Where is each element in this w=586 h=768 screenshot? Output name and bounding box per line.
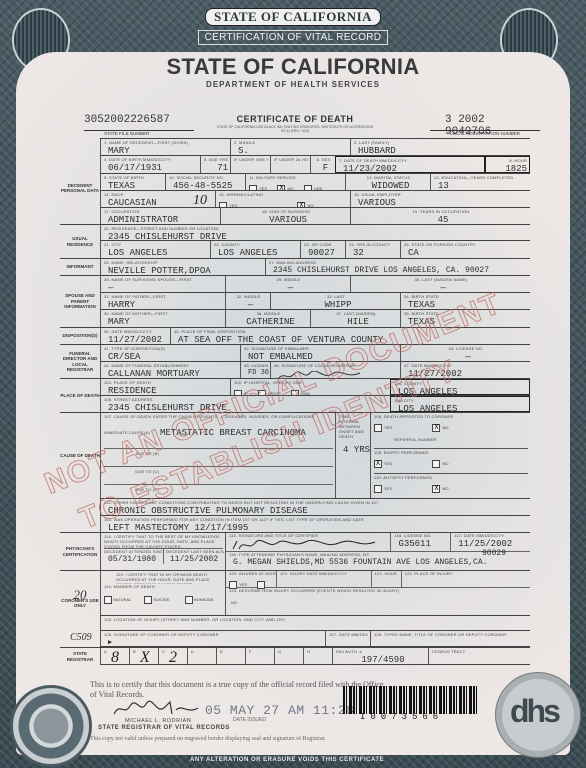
section-usual-residence: USUAL RESIDENCE (60, 224, 100, 258)
autopsy-no-checkbox[interactable]: X (432, 485, 440, 493)
under-24-hours-field: IF UNDER 24 HOURS (270, 156, 310, 173)
injury-date-field: 121. INJURY DATE MM/DD/CCYY (276, 571, 371, 587)
row-city: 21. CITYLOS ANGELES 22. COUNTYLOS ANGELE… (100, 240, 530, 258)
registrar-signature-icon (112, 700, 202, 718)
registrar-cell-g: G (274, 648, 303, 664)
father-last-field: 33. LASTWHIPP (270, 293, 400, 309)
row-cause: 107. CAUSE OF DEATH Enter the chain of e… (100, 412, 530, 498)
suicide-checkbox[interactable] (144, 596, 152, 604)
injured-at-work-field: 120. INJURED AT WORK YES NO (226, 571, 276, 587)
marital-status-field: 12. MARITAL STATUSWIDOWED (345, 174, 430, 190)
age-field: 5. AGE YRS.71 (200, 156, 230, 173)
spouse-last-field: 30. LAST (MAIDEN NAME)— (350, 276, 530, 292)
top-banner: STATE OF CALIFORNIA CERTIFICATION OF VIT… (190, 8, 396, 45)
physician-certify-field: 114. I CERTIFY THAT TO THE BEST OF MY KN… (100, 533, 225, 570)
first-name-field: 1. NAME OF DECEDENT—FIRST (GIVEN)MARY (100, 139, 230, 155)
state-file-number: 3052002226587 (84, 114, 170, 126)
state-file-number-label: STATE FILE NUMBER (84, 130, 194, 136)
registrar-title: STATE REGISTRAR OF VITAL RECORDS (98, 725, 230, 731)
disposition-place-field: 40. PLACE OF FINAL DISPOSITIONAT SEA OFF… (170, 328, 530, 344)
physician-name-field: 118. TYPE ATTENDING PHYSICIAN'S NAME, MA… (226, 552, 530, 567)
hospital-type-field: 102. IF HOSPITAL, SPECIFY ONE IP ER/OP D… (230, 379, 390, 395)
funeral-establishment-field: 44. NAME OF FUNERAL ESTABLISHMENTCALLANA… (100, 362, 240, 378)
coroner-no-checkbox[interactable]: X (432, 424, 440, 432)
cause-a-value: METASTATIC BREAST CARCINOMA (156, 428, 306, 438)
funeral-license-field: 45. LICENSE NO.FD 36 (240, 362, 270, 378)
section-cause-of-death: CAUSE OF DEATH (60, 412, 100, 498)
page-title: STATE OF CALIFORNIA (0, 54, 586, 80)
mother-middle-field: 36. MIDDLECATHERINE (225, 310, 310, 327)
father-middle-field: 32. MIDDLE— (225, 293, 270, 309)
death-address-field: 105. STREET ADDRESS2345 CHISLEHURST DRIV… (100, 396, 390, 412)
years-in-county-field: 24. YRS IN COUNTY32 (345, 241, 400, 258)
row-other-conditions: 112. OTHER SIGNIFICANT CONDITIONS CONTRI… (100, 498, 530, 515)
coroner-yes-checkbox[interactable] (374, 424, 382, 432)
father-birth-state-field: 34. BIRTH STATETEXAS (400, 293, 530, 309)
race-field: 14. RACECAUCASIAN 10 (100, 191, 215, 207)
injury-details: 120. INJURED AT WORK YES NO 121. INJURY … (225, 571, 530, 615)
physician-signature-field: 115. SIGNATURE AND TITLE OF CERTIFIER (226, 533, 390, 551)
barcode-number: I0073566 (360, 712, 443, 722)
kind-of-business-field: 18. KIND OF BUSINESSVARIOUS (220, 208, 350, 224)
row-mother: 35. NAME OF MOTHER—FIRSTMARY 36. MIDDLEC… (100, 309, 530, 327)
local-registration-label: LOCAL REGISTRATION NUMBER (430, 130, 540, 136)
coroner-date-field: 127. DATE MM/DD/CCYY (325, 631, 370, 646)
spouse-middle-field: 29. MIDDLE— (225, 276, 350, 292)
county-field: 22. COUNTYLOS ANGELES (210, 241, 300, 258)
death-county-field: 104. COUNTYLOS ANGELES (390, 379, 530, 395)
row-race: 14. RACECAUCASIAN 10 15. HISPANIC/LATINO… (100, 190, 530, 207)
certificate-subtitle: STATE OF CALIFORNIA USE BLACK INK ONLY/N… (215, 125, 375, 133)
row-funeral: 44. NAME OF FUNERAL ESTABLISHMENTCALLANA… (100, 361, 530, 378)
section-funeral: FUNERAL DIRECTOR AND LOCAL REGISTRAR (60, 344, 100, 378)
row-injury-location: 125. LOCATION OF INJURY (STREET AND NUMB… (100, 615, 530, 630)
date-of-death-field: 7. DATE OF DEATH MM/DD/CCYY11/23/2002 (335, 156, 485, 173)
mother-birth-state-field: 38. BIRTH STATETEXAS (400, 310, 530, 327)
registrar-name: MICHAEL L. RODRIAN (125, 718, 191, 724)
section-coroner: 20 CORONER'S USE ONLY (60, 570, 100, 630)
row-name: 1. NAME OF DECEDENT—FIRST (GIVEN)MARY 2.… (100, 138, 530, 155)
death-city-field: 106. CITYLOS ANGELES (390, 396, 530, 412)
biopsy-yes-checkbox[interactable]: X (374, 460, 382, 468)
cause-checks-field: 108. DEATH REPORTED TO CORONER YES XNO R… (370, 413, 530, 498)
other-conditions-field: 112. OTHER SIGNIFICANT CONDITIONS CONTRI… (100, 499, 530, 515)
page-subtitle: DEPARTMENT OF HEALTH SERVICES (0, 80, 586, 89)
hour-field: 8. HOUR1825 (485, 156, 530, 173)
injury-place-field: 123. PLACE OF INJURY (401, 571, 530, 587)
registrar-cell-c: C2 (158, 648, 187, 664)
sex-field: 6. SEXF (310, 156, 335, 173)
row-father: 31. NAME OF FATHER—FIRSTHARRY 32. MIDDLE… (100, 292, 530, 309)
section-state-registrar: STATE REGISTRAR (60, 647, 100, 665)
manner-of-death-field: 119. I CERTIFY THAT IN MY OPINION DEATH … (100, 571, 225, 615)
state-foreign-field: 25. STATE OR FOREIGN COUNTRYCA (400, 241, 530, 258)
row-coroner: 119. I CERTIFY THAT IN MY OPINION DEATH … (100, 570, 530, 615)
embalmer-license-field: 43. LICENSE NO.— (400, 345, 530, 361)
physician-signature-icon (229, 539, 379, 551)
military-service-field: 11. MILITARY SERVICE YES XNO UNK (245, 174, 345, 190)
row-state-registrar: A8 BX C2 D E F G H FAX AUTH. #197/4590 C… (100, 647, 530, 665)
banner-state: STATE OF CALIFORNIA (205, 8, 381, 26)
bottom-banner: ANY ALTERATION OR ERASURE VOIDS THIS CER… (190, 757, 384, 763)
natural-checkbox[interactable] (104, 596, 112, 604)
injury-hour-field: 122. HOUR (371, 571, 401, 587)
row-disposition: 39. DATE MM/DD/CCYY11/27/2002 40. PLACE … (100, 327, 530, 344)
registrar-signature-icon (274, 371, 364, 378)
physician-details: 115. SIGNATURE AND TITLE OF CERTIFIER 11… (225, 533, 530, 570)
registrar-cell-f: F (245, 648, 274, 664)
residence-field: 20. RESIDENCE—STREET AND NUMBER OR LOCAT… (100, 225, 530, 240)
spouse-first-field: 28. NAME OF SURVIVING SPOUSE—FIRST— (100, 276, 225, 292)
ssn-field: 10. SOCIAL SECURITY NO.456-48-5525 (165, 174, 245, 190)
registrar-date-field: 47. DATE MM/DD/CCYY11/27/2002 (400, 362, 530, 378)
validity-notice: This copy not valid unless prepared on e… (90, 736, 326, 742)
coroner-signature-field: 126. SIGNATURE OF CORONER OR DEPUTY CORO… (100, 631, 325, 646)
usual-employer-field: 16. USUAL EMPLOYERVARIOUS (350, 191, 530, 207)
years-in-occupation-field: 19. YEARS IN OCCUPATION45 (350, 208, 530, 224)
date-issued-stamp: 05 MAY 27 AM 11:28 (205, 703, 354, 718)
father-first-field: 31. NAME OF FATHER—FIRSTHARRY (100, 293, 225, 309)
certificate-header: 3052002226587 STATE FILE NUMBER CERTIFIC… (60, 114, 530, 136)
census-tract-field: CENSUS TRACT (428, 648, 530, 664)
section-place-of-death: PLACE OF DEATH (60, 378, 100, 412)
row-occupation: 17. OCCUPATIONADMINISTRATOR 18. KIND OF … (100, 207, 530, 224)
disposition-date-field: 39. DATE MM/DD/CCYY11/27/2002 (100, 328, 170, 344)
birth-state-field: 9. STATE OF BIRTHTEXAS (100, 174, 165, 190)
registrar-cell-e: E (216, 648, 245, 664)
middle-name-field: 2. MIDDLES. (230, 139, 350, 155)
row-place: 101. PLACE OF DEATHRESIDENCE 102. IF HOS… (100, 378, 530, 395)
section-informant: INFORMANT (60, 258, 100, 275)
education-field: 13. EDUCATION—YEARS COMPLETED13 (430, 174, 530, 190)
informant-address-field: 27. MAILING ADDRESS2345 CHISLEHURST DRIV… (265, 259, 530, 275)
hispanic-field: 15. HISPANIC/LATINO YES XNO (215, 191, 350, 207)
section-spouse-parent: SPOUSE AND PARENT INFORMATION (60, 275, 100, 327)
row-informant: 26. NAME, RELATIONSHIPNEVILLE POTTER,DPO… (100, 258, 530, 275)
row-physician: 114. I CERTIFY THAT TO THE BEST OF MY KN… (100, 532, 530, 570)
embalmer-field: 42. SIGNATURE OF EMBALMERNOT EMBALMED (240, 345, 400, 361)
row-coroner-signature: 126. SIGNATURE OF CORONER OR DEPUTY CORO… (100, 630, 530, 647)
row-operation: 113. WAS OPERATION PERFORMED FOR ANY CON… (100, 515, 530, 532)
interval-field: TIME INTERVAL BETWEEN ONSET AND DEATH4 Y… (335, 413, 370, 498)
row-birth: 4. DATE OF BIRTH MM/DD/CCYY06/17/1931 5.… (100, 155, 530, 173)
place-of-death-field: 101. PLACE OF DEATHRESIDENCE (100, 379, 230, 395)
informant-field: 26. NAME, RELATIONSHIPNEVILLE POTTER,DPO… (100, 259, 265, 275)
row-residence: 20. RESIDENCE—STREET AND NUMBER OR LOCAT… (100, 224, 530, 240)
row-disposition-type: 41. TYPE OF DISPOSITION(S)CR/SEA 42. SIG… (100, 344, 530, 361)
dob-field: 4. DATE OF BIRTH MM/DD/CCYY06/17/1931 (100, 156, 200, 173)
registrar-cell-b: BX (129, 648, 158, 664)
physician-license-field: 116. LICENSE NO.G35611 (390, 533, 450, 551)
barcode-icon (343, 686, 478, 714)
biopsy-no-checkbox[interactable] (432, 460, 440, 468)
section-physician: PHYSICIAN'S CERTIFICATION (60, 532, 100, 570)
zip-field: 23. ZIP CODE90027 (300, 241, 345, 258)
autopsy-yes-checkbox[interactable] (374, 485, 382, 493)
mother-last-field: 37. LAST (MAIDEN)HILE (310, 310, 400, 327)
last-name-field: 3. LAST (FAMILY)HUBBARD (350, 139, 530, 155)
under-one-year-field: IF UNDER ONE YEAR (230, 156, 270, 173)
registrar-cell-a: A8 (100, 648, 129, 664)
state-code: C509 (70, 632, 92, 643)
race-code: 10 (193, 193, 207, 207)
homicide-checkbox[interactable] (185, 596, 193, 604)
registrar-cell-d: D (187, 648, 216, 664)
disposition-type-field: 41. TYPE OF DISPOSITION(S)CR/SEA (100, 345, 240, 361)
occupation-field: 17. OCCUPATIONADMINISTRATOR (100, 208, 220, 224)
row-state-ssn: 9. STATE OF BIRTHTEXAS 10. SOCIAL SECURI… (100, 173, 530, 190)
section-disposition: DISPOSITION(S) (60, 327, 100, 344)
injury-location-field: 125. LOCATION OF INJURY (STREET AND NUMB… (100, 616, 530, 630)
fax-auth-field: FAX AUTH. #197/4590 (332, 648, 428, 664)
section-decedent: DECEDENT PERSONAL DATA (60, 158, 100, 218)
date-issued-label: DATE ISSUED (233, 717, 266, 723)
state-seal-icon (10, 685, 92, 767)
local-registrar-signature-field: 46. SIGNATURE OF LOCAL REGISTRAR (270, 362, 400, 378)
certificate-title: CERTIFICATE OF DEATH (215, 114, 375, 124)
city-field: 21. CITYLOS ANGELES (100, 241, 210, 258)
mother-first-field: 35. NAME OF MOTHER—FIRSTMARY (100, 310, 225, 327)
registrar-cell-h: H (303, 648, 332, 664)
coroner-name-field: 128. TYPED NAME, TITLE OF CORONER OR DEP… (370, 631, 530, 646)
banner-certification: CERTIFICATION OF VITAL RECORD (198, 30, 389, 45)
dhs-logo-icon: dhs (495, 672, 581, 758)
operation-field: 113. WAS OPERATION PERFORMED FOR ANY CON… (100, 516, 530, 532)
cause-chain-field: 107. CAUSE OF DEATH Enter the chain of e… (100, 413, 335, 498)
row-death-address: 105. STREET ADDRESS2345 CHISLEHURST DRIV… (100, 395, 530, 412)
row-spouse: 28. NAME OF SURVIVING SPOUSE—FIRST— 29. … (100, 275, 530, 292)
